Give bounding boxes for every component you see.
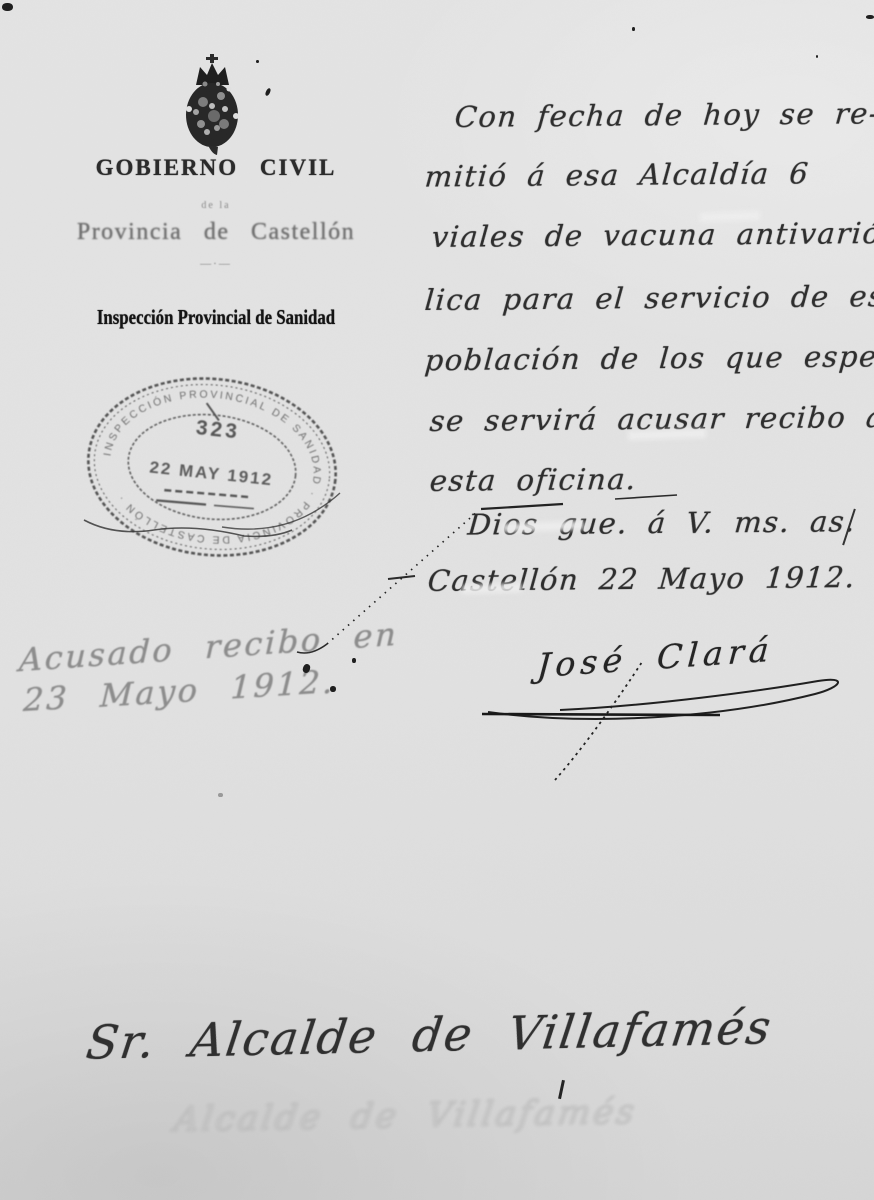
stamp-date: 22 MAY 1912 (149, 458, 274, 490)
ink-blot (352, 658, 356, 663)
letter-line: se servirá acusar recibo á (428, 400, 874, 438)
letter-dateline: Castellón 22 Mayo 1912. (427, 560, 858, 598)
province-title: Provincia de Castellón (0, 219, 432, 246)
ink-blot (330, 686, 336, 692)
bleed-through-text: Alcalde de Villafamés (172, 1092, 640, 1140)
letter-line: Con fecha de hoy se re- – (453, 96, 874, 134)
letter-line: mitió á esa Alcaldía 6 (424, 156, 811, 193)
letter-line: lica para el servicio de esa (423, 279, 874, 317)
ink-speck (264, 88, 271, 97)
ornament: —·— (0, 258, 432, 270)
ink-speck (632, 27, 635, 31)
address-line: Sr. Alcalde de Villafamés (83, 1000, 776, 1069)
scan-artifact (2, 3, 13, 11)
scan-artifact (866, 15, 874, 19)
document-page: GOBIERNO CIVIL de la Provincia de Castel… (0, 0, 874, 1200)
royal-coat-of-arms-icon (181, 54, 245, 158)
ink-speck (104, 314, 107, 317)
letter-line: población de los que espero – (423, 339, 874, 378)
letter-closing: Dios gue. á V. ms. as. (467, 504, 858, 541)
letter-line: esta oficina. (429, 462, 639, 498)
department-title: Inspección Provincial de Sanidad (43, 305, 389, 330)
ink-speck (816, 55, 818, 58)
ink-speck (256, 60, 259, 63)
pencil-dot (218, 793, 223, 797)
signature-flourish (470, 660, 870, 785)
org-connector: de la (0, 200, 432, 211)
letter-line: viales de vacuna antivarió- (430, 216, 874, 254)
stamp-number: 323 (195, 416, 241, 443)
org-title: GOBIERNO CIVIL (0, 155, 432, 181)
